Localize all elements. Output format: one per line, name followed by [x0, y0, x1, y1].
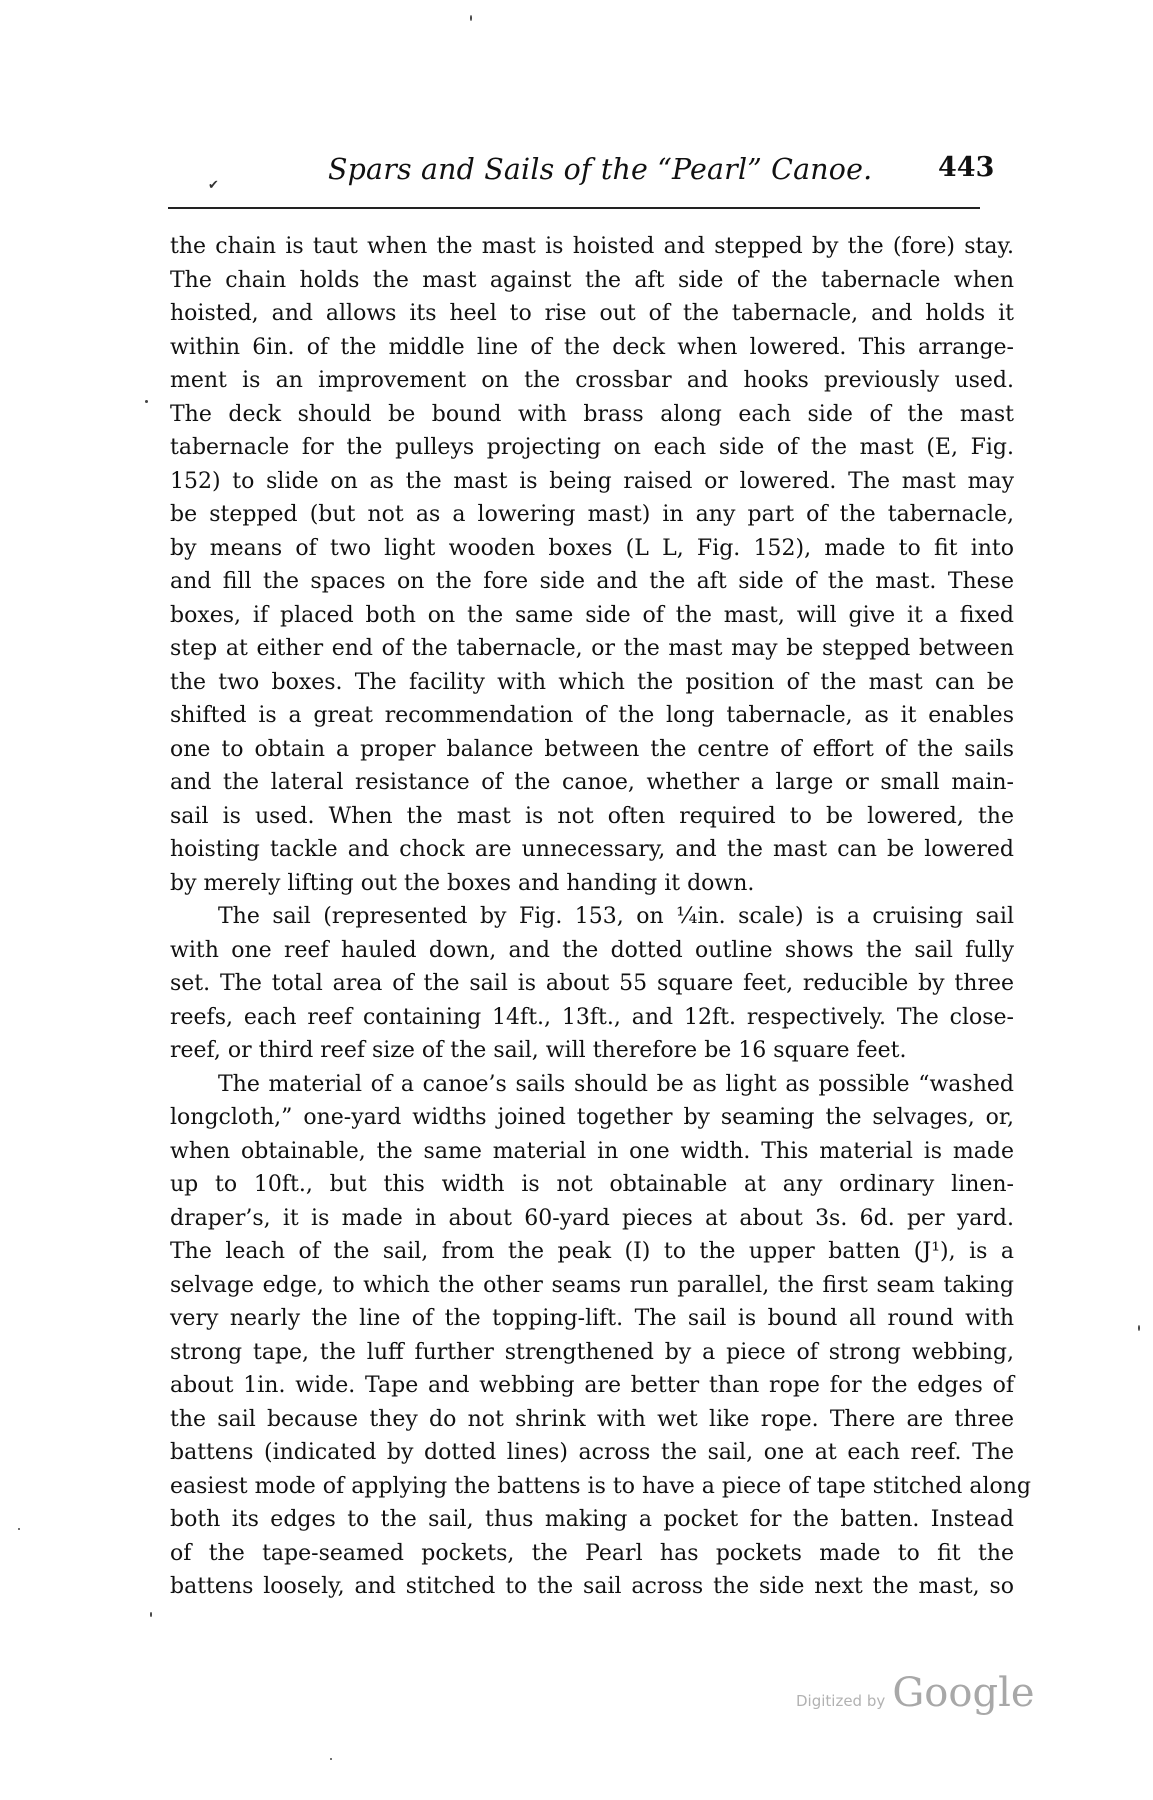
- text-line: hoisting tackle and chock are unnecessar…: [170, 833, 1014, 867]
- text-line: the chain is taut when the mast is hoist…: [170, 230, 1014, 264]
- text-line: sail is used. When the mast is not often…: [170, 800, 1014, 834]
- scan-speck: [150, 1612, 152, 1617]
- page-header: ✔ Spars and Sails of the “Pearl” Canoe. …: [170, 150, 990, 200]
- text-line: The material of a canoe’s sails should b…: [170, 1068, 1014, 1102]
- text-line: the two boxes. The facility with which t…: [170, 666, 1014, 700]
- text-line: draper’s, it is made in about 60-yard pi…: [170, 1202, 1014, 1236]
- text-line: by means of two light wooden boxes (L L,…: [170, 532, 1014, 566]
- text-line: easiest mode of applying the battens is …: [170, 1470, 1014, 1504]
- google-logo: Google: [892, 1670, 1034, 1716]
- margin-check-mark: ✔: [208, 178, 219, 193]
- text-line: one to obtain a proper balance between t…: [170, 733, 1014, 767]
- scan-speck: [470, 15, 472, 21]
- text-line: both its edges to the sail, thus making …: [170, 1503, 1014, 1537]
- digitized-by-label: Digitized by: [796, 1692, 885, 1710]
- text-line: and fill the spaces on the fore side and…: [170, 565, 1014, 599]
- text-line: up to 10ft., but this width is not obtai…: [170, 1168, 1014, 1202]
- text-line: The deck should be bound with brass alon…: [170, 398, 1014, 432]
- text-line: shifted is a great recommendation of the…: [170, 699, 1014, 733]
- text-line: The leach of the sail, from the peak (I)…: [170, 1235, 1014, 1269]
- text-line: battens (indicated by dotted lines) acro…: [170, 1436, 1014, 1470]
- text-line: 152) to slide on as the mast is being ra…: [170, 465, 1014, 499]
- text-line: within 6in. of the middle line of the de…: [170, 331, 1014, 365]
- digitized-by-google-watermark: Digitized by Google: [796, 1670, 1035, 1716]
- text-line: reefs, each reef containing 14ft., 13ft.…: [170, 1001, 1014, 1035]
- scan-speck: [330, 1758, 332, 1760]
- scan-speck: [145, 400, 148, 403]
- text-line: The sail (represented by Fig. 153, on ¼i…: [170, 900, 1014, 934]
- running-title: Spars and Sails of the “Pearl” Canoe.: [328, 152, 872, 186]
- text-line: boxes, if placed both on the same side o…: [170, 599, 1014, 633]
- text-line: with one reef hauled down, and the dotte…: [170, 934, 1014, 968]
- text-line: step at either end of the tabernacle, or…: [170, 632, 1014, 666]
- page-number: 443: [938, 152, 994, 183]
- text-line: The chain holds the mast against the aft…: [170, 264, 1014, 298]
- body-text: the chain is taut when the mast is hoist…: [170, 230, 1014, 1604]
- header-rule: [168, 207, 980, 209]
- text-line: be stepped (but not as a lowering mast) …: [170, 498, 1014, 532]
- text-line: of the tape-seamed pockets, the Pearl ha…: [170, 1537, 1014, 1571]
- scan-speck: [1138, 1325, 1140, 1331]
- text-line: about 1in. wide. Tape and webbing are be…: [170, 1369, 1014, 1403]
- text-line: very nearly the line of the topping-lift…: [170, 1302, 1014, 1336]
- text-line: when obtainable, the same material in on…: [170, 1135, 1014, 1169]
- text-line: and the lateral resistance of the canoe,…: [170, 766, 1014, 800]
- text-line: strong tape, the luff further strengthen…: [170, 1336, 1014, 1370]
- text-line: the sail because they do not shrink with…: [170, 1403, 1014, 1437]
- text-line: set. The total area of the sail is about…: [170, 967, 1014, 1001]
- text-line: ment is an improvement on the crossbar a…: [170, 364, 1014, 398]
- text-line: hoisted, and allows its heel to rise out…: [170, 297, 1014, 331]
- text-line: longcloth,” one-yard widths joined toget…: [170, 1101, 1014, 1135]
- text-line: reef, or third reef size of the sail, wi…: [170, 1034, 1014, 1068]
- text-line: by merely lifting out the boxes and hand…: [170, 867, 1014, 901]
- text-line: selvage edge, to which the other seams r…: [170, 1269, 1014, 1303]
- scan-speck: [18, 1528, 20, 1530]
- book-page: ✔ Spars and Sails of the “Pearl” Canoe. …: [0, 0, 1153, 1800]
- text-line: battens loosely, and stitched to the sai…: [170, 1570, 1014, 1604]
- text-line: tabernacle for the pulleys projecting on…: [170, 431, 1014, 465]
